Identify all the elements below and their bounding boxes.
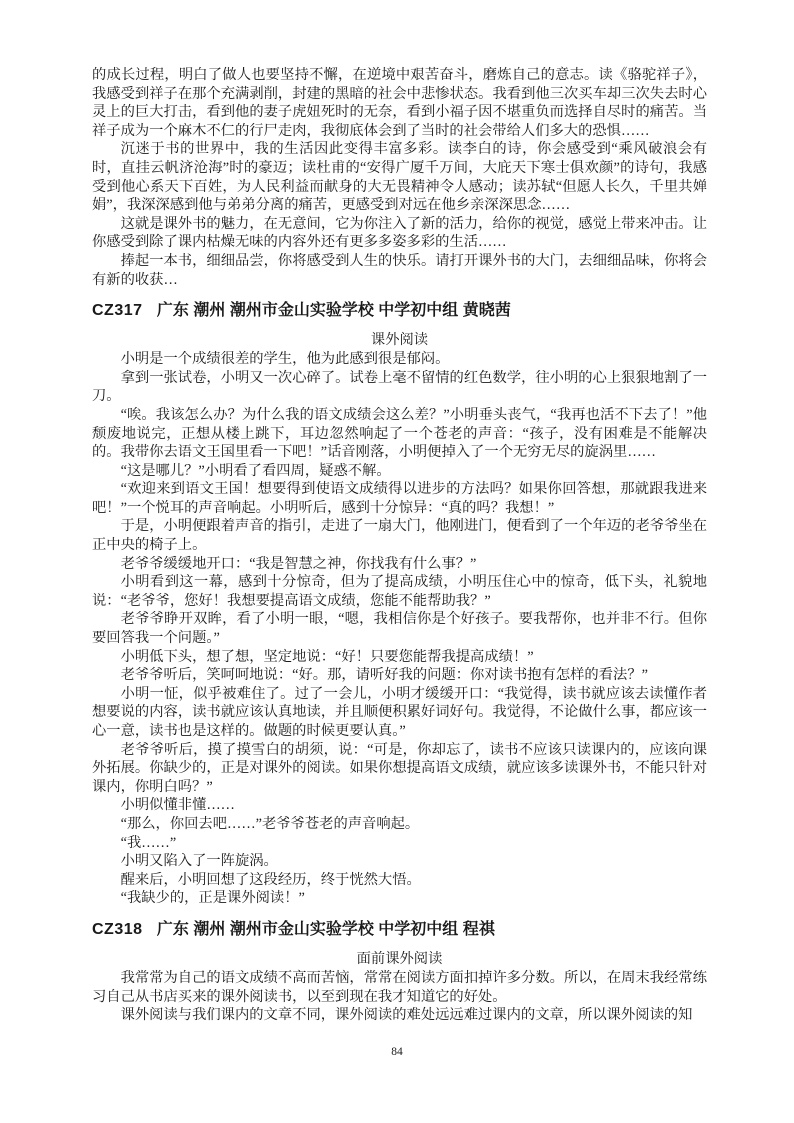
body-paragraph: 这就是课外书的魅力，在无意间，它为你注入了新的活力，给你的视觉，感觉上带来冲击。… <box>92 215 707 252</box>
body-paragraph: 小明一怔，似乎被难住了。过了一会儿，小明才缓缓开口：“我觉得，读书就应该去读懂作… <box>92 685 707 741</box>
body-paragraph: 老爷爷缓缓地开口：“我是智慧之神，你找我有什么事？” <box>92 555 707 574</box>
body-paragraph: 捧起一本书，细细品尝，你将感受到人生的快乐。请打开课外书的大门，去细细品味，你将… <box>92 252 707 289</box>
page-number: 84 <box>0 1045 794 1059</box>
body-paragraph: 于是，小明便跟着声音的指引，走进了一扇大门，他刚进门，便看到了一个年迈的老爷爷坐… <box>92 517 707 554</box>
essay-entry-cz317: CZ317广东 潮州 潮州市金山实验学校 中学初中组 黄晓茜 课外阅读 小明是一… <box>92 300 707 908</box>
essay-entry-cz318: CZ318广东 潮州 潮州市金山实验学校 中学初中组 程祺 面前课外阅读 我常常… <box>92 919 707 1025</box>
essay-continuation: 的成长过程，明白了做人也要坚持不懈，在逆境中艰苦奋斗，磨炼自己的意志。读《骆驼祥… <box>92 66 707 289</box>
body-paragraph: 我常常为自己的语文成绩不高而苦恼，常常在阅读方面扣掉许多分数。所以，在周末我经常… <box>92 969 707 1006</box>
entry-code: CZ317 <box>92 302 143 319</box>
entry-code: CZ318 <box>92 921 143 938</box>
body-paragraph: “我缺少的，正是课外阅读！” <box>92 889 707 908</box>
body-paragraph: “这是哪儿？”小明看了看四周，疑惑不解。 <box>92 462 707 481</box>
entry-meta: 广东 潮州 潮州市金山实验学校 中学初中组 程祺 <box>157 921 495 938</box>
body-paragraph: 小明低下头，想了想，坚定地说：“好！只要您能帮我提高成绩！” <box>92 648 707 667</box>
body-paragraph: 小明是一个成绩很差的学生，他为此感到很是郁闷。 <box>92 350 707 369</box>
essay-title: 课外阅读 <box>92 331 707 350</box>
body-paragraph: 老爷爷听后，笑呵呵地说：“好。那，请听好我的问题：你对读书抱有怎样的看法？” <box>92 666 707 685</box>
body-paragraph: 课外阅读与我们课内的文章不同，课外阅读的难处远远难过课内的文章，所以课外阅读的知 <box>92 1006 707 1025</box>
entry-header: CZ318广东 潮州 潮州市金山实验学校 中学初中组 程祺 <box>92 919 707 940</box>
body-paragraph: 小明看到这一幕，感到十分惊奇，但为了提高成绩，小明压住心中的惊奇，低下头，礼貌地… <box>92 573 707 610</box>
body-paragraph: 沉迷于书的世界中，我的生活因此变得丰富多彩。读李白的诗，你会感受到“乘风破浪会有… <box>92 140 707 214</box>
body-paragraph: 的成长过程，明白了做人也要坚持不懈，在逆境中艰苦奋斗，磨炼自己的意志。读《骆驼祥… <box>92 66 707 140</box>
body-paragraph: 拿到一张试卷，小明又一次心碎了。试卷上毫不留情的红色数学，往小明的心上狠狠地割了… <box>92 369 707 406</box>
body-paragraph: “那么，你回去吧……”老爷爷苍老的声音响起。 <box>92 815 707 834</box>
document-page: 的成长过程，明白了做人也要坚持不懈，在逆境中艰苦奋斗，磨炼自己的意志。读《骆驼祥… <box>0 0 794 1123</box>
body-paragraph: “我……” <box>92 834 707 853</box>
body-paragraph: 老爷爷睁开双眸，看了小明一眼，“嗯，我相信你是个好孩子。要我帮你，也并非不行。但… <box>92 610 707 647</box>
body-paragraph: 老爷爷听后，摸了摸雪白的胡须，说：“可是，你却忘了，读书不应该只读课内的，应该向… <box>92 741 707 797</box>
body-paragraph: 小明又陷入了一阵旋涡。 <box>92 852 707 871</box>
entry-meta: 广东 潮州 潮州市金山实验学校 中学初中组 黄晓茜 <box>157 302 511 319</box>
body-paragraph: 小明似懂非懂…… <box>92 796 707 815</box>
entry-header: CZ317广东 潮州 潮州市金山实验学校 中学初中组 黄晓茜 <box>92 300 707 321</box>
body-paragraph: “唉。我该怎么办？为什么我的语文成绩会这么差？”小明垂头丧气，“我再也活不下去了… <box>92 406 707 462</box>
essay-title: 面前课外阅读 <box>92 950 707 969</box>
body-paragraph: “欢迎来到语文王国！想要得到使语文成绩得以进步的方法吗？如果你回答想，那就跟我进… <box>92 480 707 517</box>
body-paragraph: 醒来后，小明回想了这段经历，终于恍然大悟。 <box>92 871 707 890</box>
